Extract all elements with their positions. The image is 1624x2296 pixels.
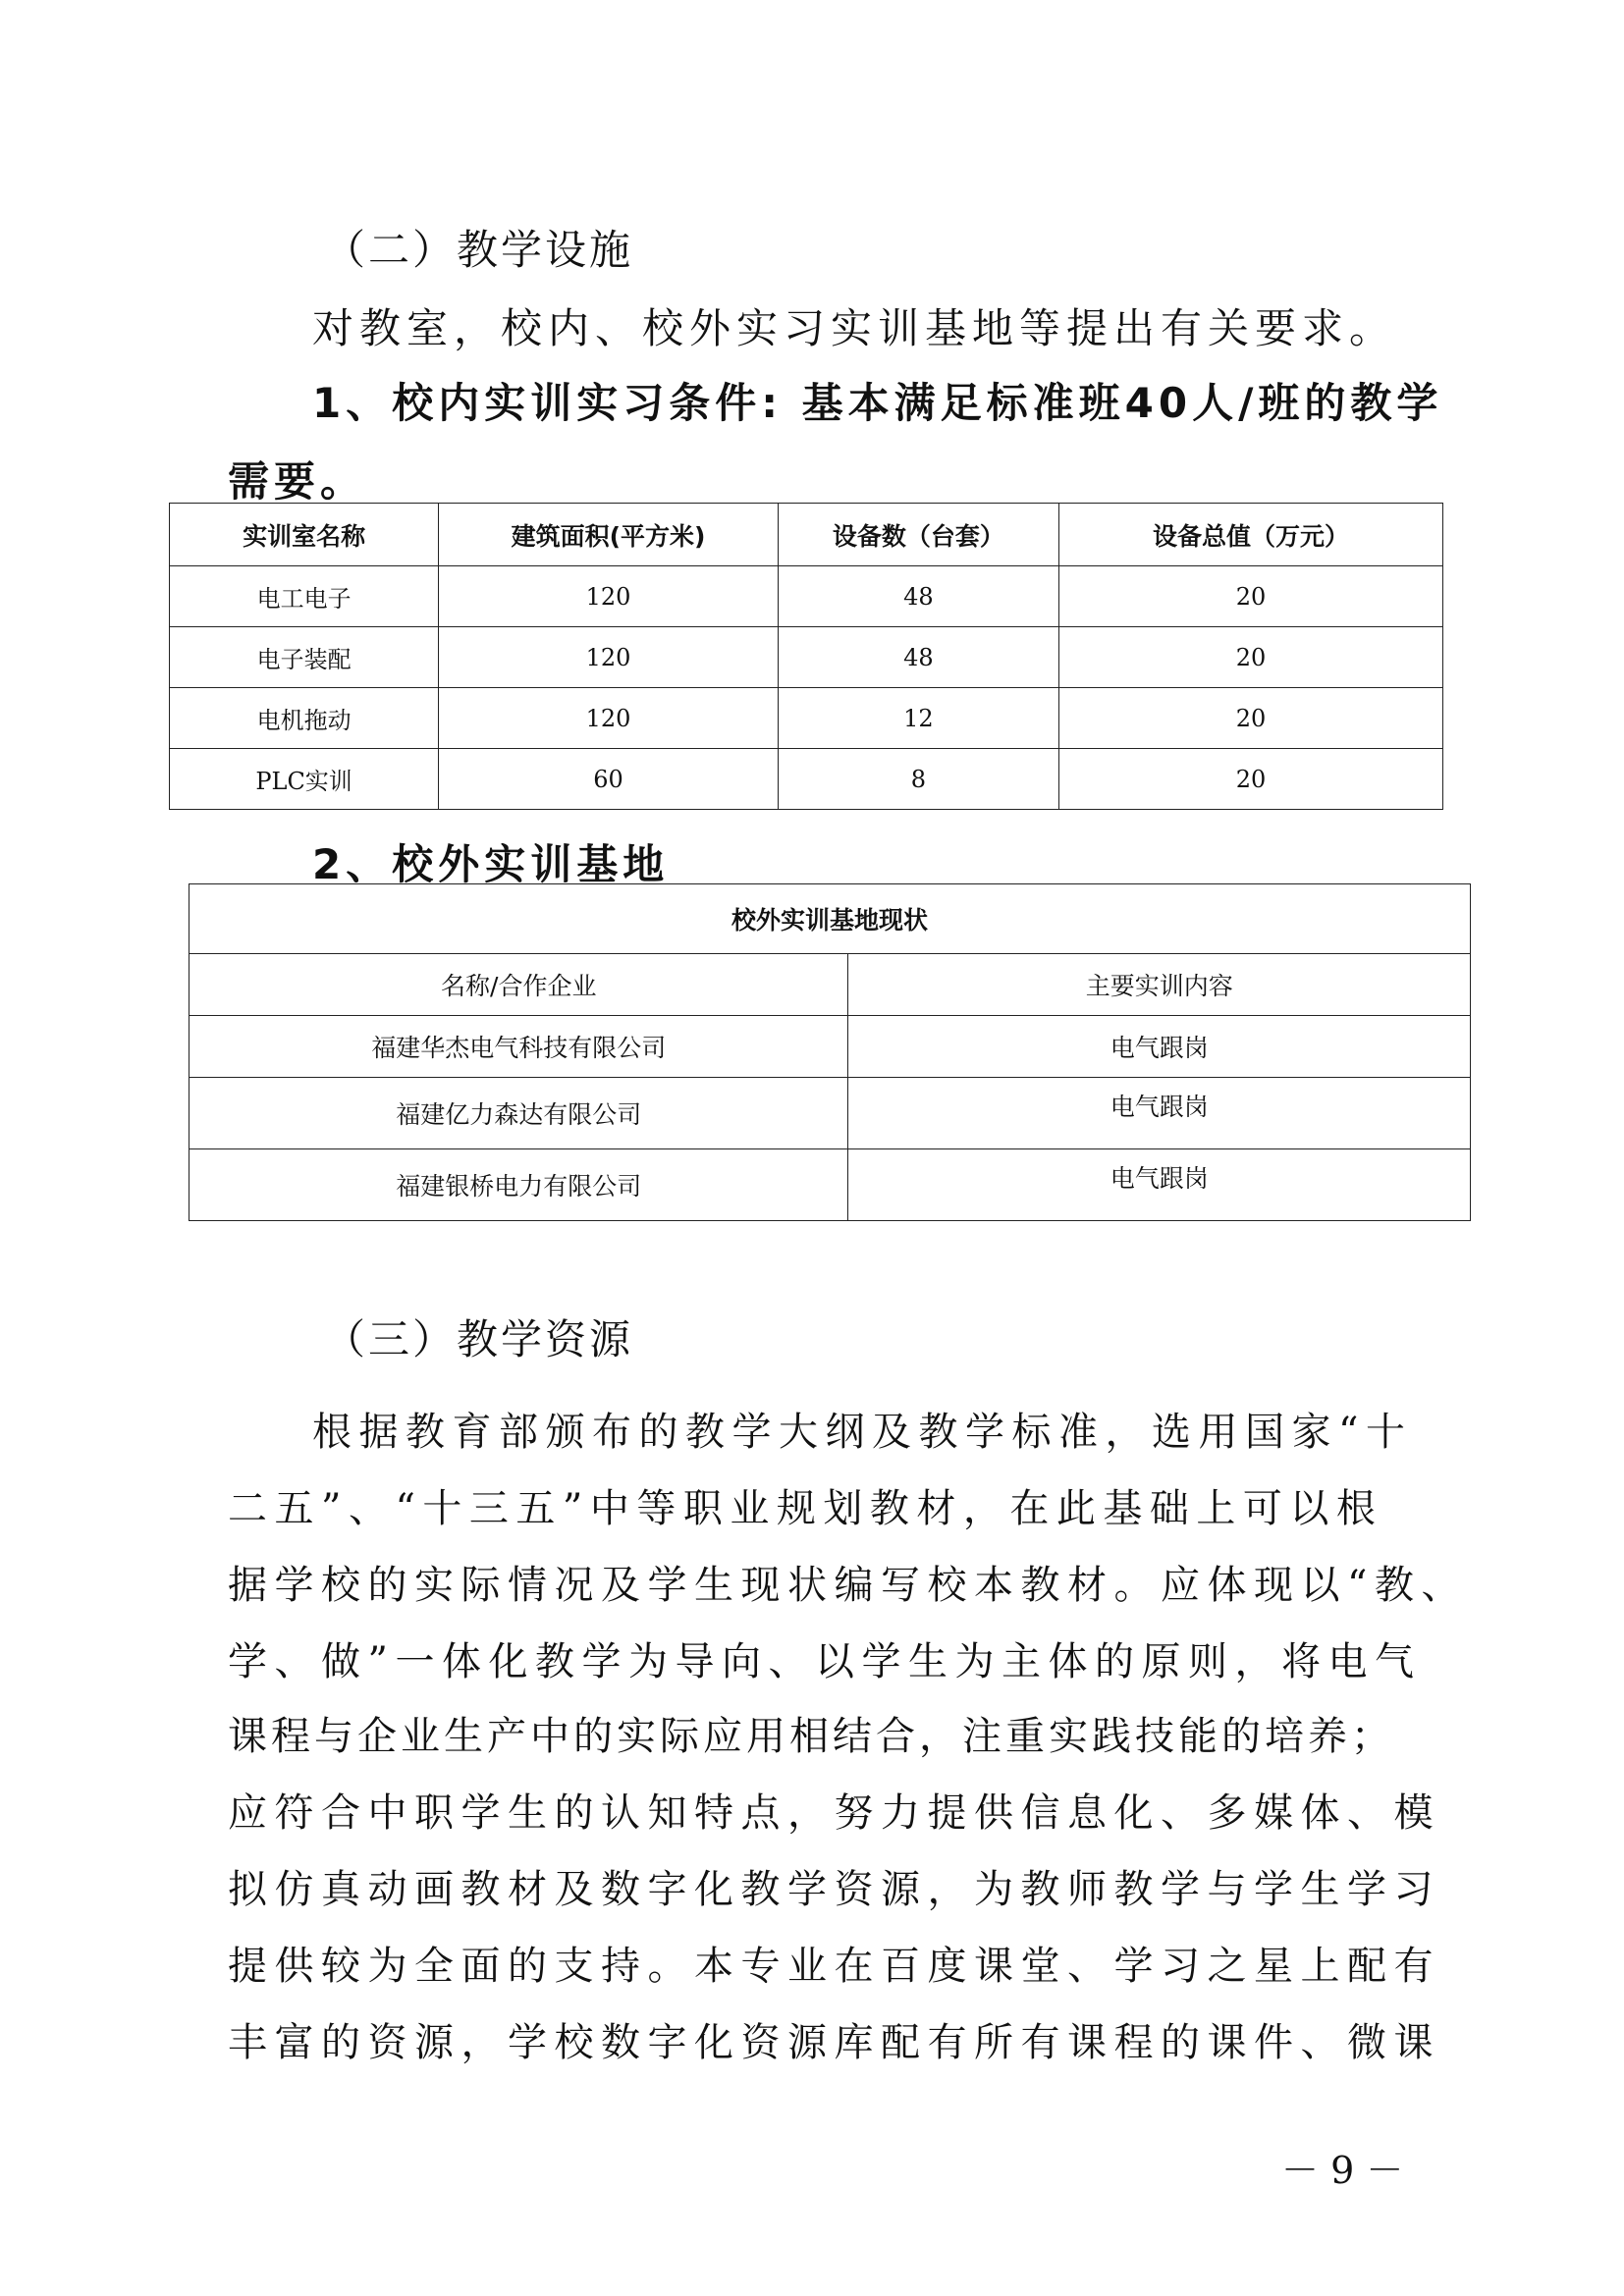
table-title-row: 校外实训基地现状 [189,884,1471,954]
table-title: 校外实训基地现状 [189,884,1471,954]
subheading-onsite-line1: 1、校内实训实习条件: 基本满足标准班40人/班的教学 [312,371,1442,430]
equipment-value: 20 [1058,566,1442,627]
room-name: 电机拖动 [170,688,439,749]
table-row: 电子装配 120 48 20 [170,627,1443,688]
page-number: － 9 － [1281,2140,1403,2194]
area-value: 60 [439,749,779,810]
equipment-count: 48 [778,627,1058,688]
paragraph-line: 提供较为全面的支持。本专业在百度课堂、学习之星上配有 [228,1935,1440,1991]
header-cell: 设备总值（万元） [1058,504,1442,566]
header-cell: 实训室名称 [170,504,439,566]
company-name: 福建华杰电气科技有限公司 [189,1016,848,1078]
equipment-count: 12 [778,688,1058,749]
table-header-row: 实训室名称 建筑面积(平方米) 设备数（台套） 设备总值（万元） [170,504,1443,566]
section-heading-facilities: （二）教学设施 [324,218,633,277]
facilities-intro: 对教室，校内、校外实习实训基地等提出有关要求。 [312,296,1396,355]
paragraph-line: 丰富的资源，学校数字化资源库配有所有课程的课件、微课 [228,2011,1440,2067]
header-cell: 主要实训内容 [848,954,1471,1016]
room-name: 电工电子 [170,566,439,627]
equipment-value: 20 [1058,627,1442,688]
offsite-training-table: 校外实训基地现状 名称/合作企业 主要实训内容 福建华杰电气科技有限公司 电气跟… [189,883,1471,1221]
table-row: 福建银桥电力有限公司 电气跟岗 [189,1149,1471,1221]
company-name: 福建银桥电力有限公司 [189,1149,848,1221]
training-content: 电气跟岗 [848,1149,1471,1221]
header-cell: 名称/合作企业 [189,954,848,1016]
section-heading-resources: （三）教学资源 [324,1308,633,1366]
equipment-value: 20 [1058,688,1442,749]
table-row: 福建亿力森达有限公司 电气跟岗 [189,1078,1471,1149]
paragraph-line: 课程与企业生产中的实际应用相结合，注重实践技能的培养； [228,1705,1394,1761]
area-value: 120 [439,566,779,627]
equipment-count: 48 [778,566,1058,627]
subheading-onsite-line2: 需要。 [228,450,366,508]
table-header-row: 名称/合作企业 主要实训内容 [189,954,1471,1016]
room-name: PLC实训 [170,749,439,810]
paragraph-line: 学、做”一体化教学为导向、以学生为主体的原则，将电气 [228,1630,1421,1686]
paragraph-line: 应符合中职学生的认知特点，努力提供信息化、多媒体、模 [228,1782,1440,1838]
company-name: 福建亿力森达有限公司 [189,1078,848,1149]
area-value: 120 [439,627,779,688]
paragraph-line: 据学校的实际情况及学生现状编写校本教材。应体现以“教、 [228,1554,1468,1610]
table-row: 福建华杰电气科技有限公司 电气跟岗 [189,1016,1471,1078]
onsite-training-table: 实训室名称 建筑面积(平方米) 设备数（台套） 设备总值（万元） 电工电子 12… [169,503,1443,810]
room-name: 电子装配 [170,627,439,688]
table-row: PLC实训 60 8 20 [170,749,1443,810]
equipment-count: 8 [778,749,1058,810]
paragraph-line: 二五”、“十三五”中等职业规划教材，在此基础上可以根 [228,1477,1382,1533]
paragraph-line: 根据教育部颁布的教学大纲及教学标准，选用国家“十 [312,1401,1412,1457]
table-row: 电机拖动 120 12 20 [170,688,1443,749]
table-row: 电工电子 120 48 20 [170,566,1443,627]
header-cell: 设备数（台套） [778,504,1058,566]
equipment-value: 20 [1058,749,1442,810]
area-value: 120 [439,688,779,749]
paragraph-line: 拟仿真动画教材及数字化教学资源，为教师教学与学生学习 [228,1858,1440,1914]
header-cell: 建筑面积(平方米) [439,504,779,566]
training-content: 电气跟岗 [848,1016,1471,1078]
subheading-offsite: 2、校外实训基地 [312,832,669,891]
training-content: 电气跟岗 [848,1078,1471,1149]
